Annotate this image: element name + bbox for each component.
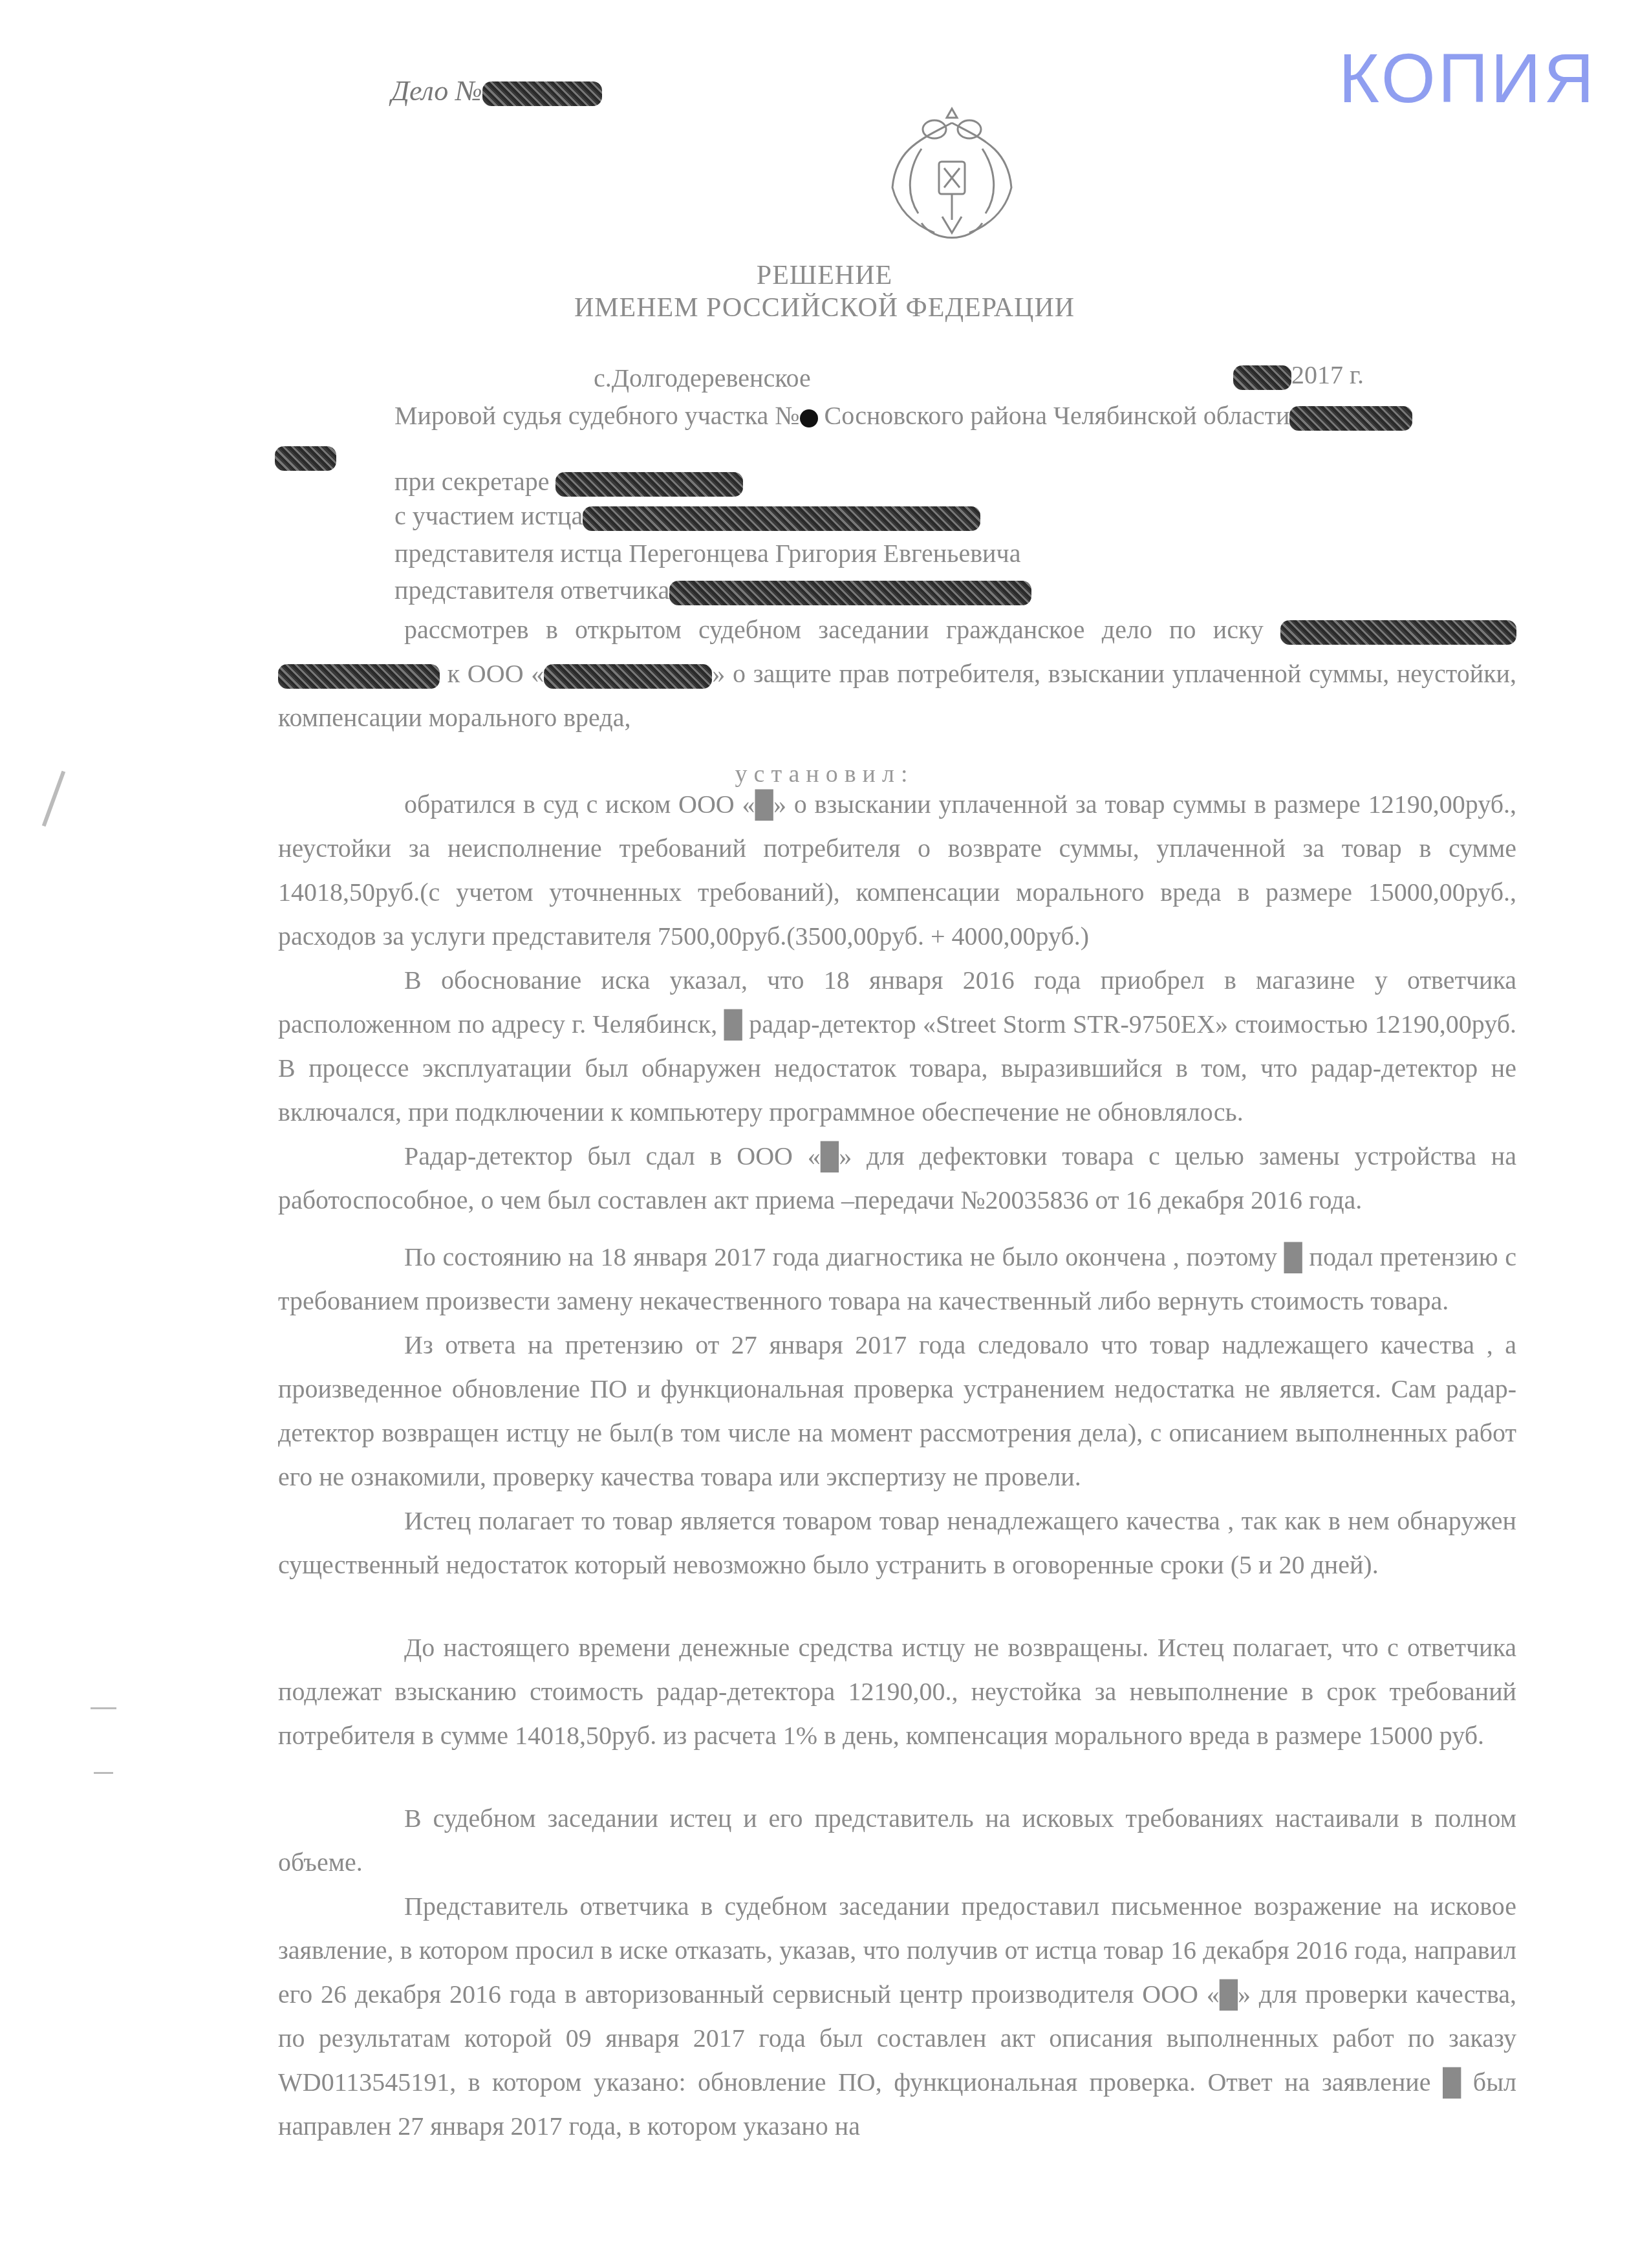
case-number-label: Дело № xyxy=(391,75,482,107)
redacted-defendant-rep xyxy=(669,581,1031,605)
place: с.Долгодеревенское xyxy=(594,365,811,391)
paragraph: Истец полагает то товар является товаром… xyxy=(278,1499,1516,1587)
redacted-plaintiff-name-cont xyxy=(278,664,440,689)
scan-artifact xyxy=(94,1772,113,1774)
redacted-secretary xyxy=(555,472,743,497)
russian-coat-of-arms-icon xyxy=(883,103,1022,252)
redacted-company xyxy=(544,664,712,689)
redacted-case-number xyxy=(482,81,602,106)
redacted-judge-name-cont xyxy=(275,446,336,471)
redacted-date xyxy=(1233,365,1291,390)
secretary-line: при секретаре xyxy=(394,469,743,497)
paragraph: В судебном заседании истец и его предста… xyxy=(278,1797,1516,1885)
paragraph: В обоснование иска указал, что 18 января… xyxy=(278,958,1516,1134)
document-title: РЕШЕНИЕ xyxy=(0,260,1649,291)
paragraph: Из ответа на претензию от 27 января 2017… xyxy=(278,1323,1516,1499)
decision-date: 2017 г. xyxy=(1233,362,1364,390)
redacted-district-number xyxy=(800,409,818,427)
judge-line: Мировой судья судебного участка № Соснов… xyxy=(394,403,1412,431)
redacted-plaintiff-name xyxy=(1280,620,1516,645)
document-subtitle: ИМЕНЕМ РОССИЙСКОЙ ФЕДЕРАЦИИ xyxy=(0,292,1649,323)
copy-stamp: КОПИЯ xyxy=(1339,38,1597,118)
paragraph: Радар-детектор был сдал в ООО «█» для де… xyxy=(278,1134,1516,1222)
scan-artifact xyxy=(91,1707,116,1709)
intro-paragraph: рассмотрев в открытом судебном заседании… xyxy=(278,608,1516,740)
defendant-rep-line: представителя ответчика xyxy=(394,578,1031,605)
paragraph: По состоянию на 18 января 2017 года диаг… xyxy=(278,1235,1516,1323)
paragraph: До настоящего времени денежные средства … xyxy=(278,1626,1516,1758)
judge-line-continuation xyxy=(275,443,336,471)
body-text: обратился в суд с иском ООО «█» о взыска… xyxy=(278,783,1516,2148)
case-number: Дело № xyxy=(391,74,602,107)
paragraph: обратился в суд с иском ООО «█» о взыска… xyxy=(278,783,1516,958)
redacted-judge-name xyxy=(1289,406,1412,431)
plaintiff-rep-line: представителя истца Перегонцева Григория… xyxy=(394,541,1020,567)
document-page: КОПИЯ Дело № РЕШЕНИЕ ИМЕНЕМ РОССИЙСКОЙ Ф… xyxy=(0,0,1649,2268)
paragraph: Представитель ответчика в судебном засед… xyxy=(278,1885,1516,2148)
redacted-plaintiff xyxy=(583,506,980,531)
plaintiff-line: с участием истца xyxy=(394,503,980,531)
